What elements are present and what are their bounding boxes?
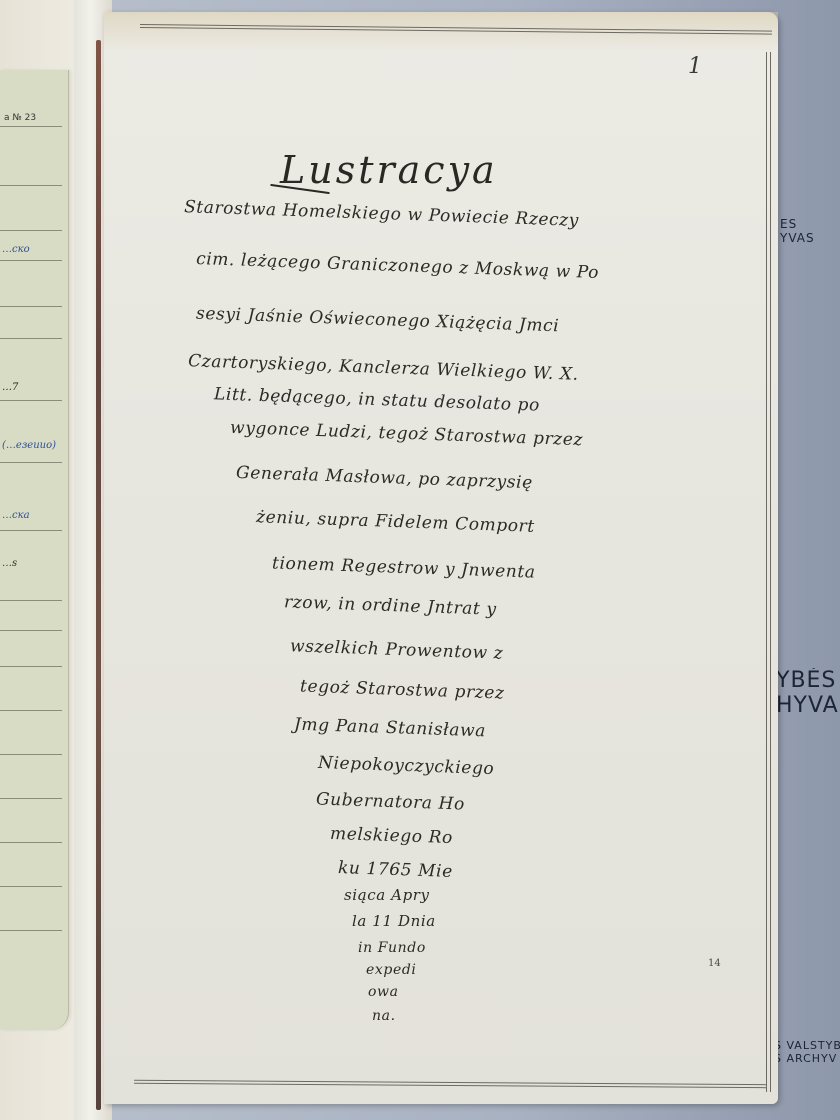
form-rule xyxy=(0,886,62,887)
manuscript-line: Starostwa Homelskiego w Powiecie Rzeczy xyxy=(184,197,580,231)
manuscript-line: rzow, in ordine Jntrat y xyxy=(284,592,497,619)
manuscript-line: wszelkich Prowentow z xyxy=(290,636,504,663)
archive-banner-text-top: ĖS YVAS xyxy=(780,218,840,246)
banner-line: HYVAS xyxy=(776,693,840,718)
form-rule xyxy=(0,126,62,127)
form-rule xyxy=(0,600,62,601)
banner-line: S ARCHYV xyxy=(774,1053,840,1066)
banner-line: S VALSTYB xyxy=(774,1040,840,1053)
form-rule xyxy=(0,260,62,261)
manuscript-line: cim. leżącego Graniczonego z Moskwą w Po xyxy=(196,249,600,283)
form-rule xyxy=(0,754,62,755)
manuscript-line: in Fundo xyxy=(358,940,426,956)
manuscript-page: 1 14 Lustracya Starostwa Homelskiego w P… xyxy=(104,12,778,1104)
document-title: Lustracya xyxy=(280,148,498,192)
manuscript-line: żeniu, supra Fidelem Comport xyxy=(256,507,535,537)
form-rule xyxy=(0,930,62,931)
archive-record-form: a № 23 …ско …7 (…езеиио) …ска …s xyxy=(0,70,69,1030)
manuscript-line: Gubernatora Ho xyxy=(316,789,465,814)
archive-banner-text-bottom: S VALSTYB S ARCHYV xyxy=(774,1040,840,1065)
form-rule xyxy=(0,842,62,843)
spine-binding-edge xyxy=(96,40,101,1110)
manuscript-line: Czartoryskiego, Kanclerza Wielkiego W. X… xyxy=(188,351,579,385)
form-rule xyxy=(0,400,62,401)
form-handwriting: …7 xyxy=(2,382,18,393)
form-number: a № 23 xyxy=(4,113,36,123)
form-rule xyxy=(0,462,62,463)
form-rule xyxy=(0,530,62,531)
manuscript-line: Jmg Pana Stanisława xyxy=(294,715,487,742)
form-handwriting: …s xyxy=(2,558,17,569)
archive-banner-text-middle: YBĖS HYVAS xyxy=(776,668,840,719)
form-rule xyxy=(0,710,62,711)
manuscript-line: Generała Masłowa, po zaprzysię xyxy=(236,463,533,493)
form-rule xyxy=(0,185,62,186)
form-rule xyxy=(0,230,62,231)
manuscript-line: na. xyxy=(372,1008,396,1024)
form-rule xyxy=(0,338,62,339)
manuscript-line: Litt. będącego, in statu desolato po xyxy=(214,384,540,415)
form-rule xyxy=(0,306,62,307)
manuscript-line: ku 1765 Mie xyxy=(338,858,453,882)
manuscript-line: tegoż Starostwa przez xyxy=(300,676,505,703)
manuscript-line: wygonce Ludzi, tegoż Starostwa przez xyxy=(230,418,584,450)
manuscript-line: melskiego Ro xyxy=(330,824,454,848)
manuscript-line: siąca Apry xyxy=(344,886,430,904)
manuscript-line: la 11 Dnia xyxy=(352,912,436,930)
banner-line: YBĖS xyxy=(776,668,840,693)
manuscript-line: sesyi Jaśnie Oświeconego Xiążęcia Jmci xyxy=(196,304,560,337)
form-handwriting: …ска xyxy=(2,510,30,521)
manuscript-line: owa xyxy=(368,984,399,1000)
manuscript-line: tionem Regestrow y Jnwenta xyxy=(272,553,536,582)
form-rule xyxy=(0,798,62,799)
banner-line: YVAS xyxy=(780,232,840,246)
manuscript-text: Lustracya Starostwa Homelskiego w Powiec… xyxy=(104,12,778,1104)
form-rule xyxy=(0,630,62,631)
banner-line: ĖS xyxy=(780,218,840,232)
manuscript-line: Niepokoyczyckiego xyxy=(318,753,495,779)
manuscript-line: expedi xyxy=(366,962,416,978)
form-handwriting: (…езеиио) xyxy=(2,440,56,451)
form-handwriting: …ско xyxy=(2,244,30,255)
form-rule xyxy=(0,666,62,667)
